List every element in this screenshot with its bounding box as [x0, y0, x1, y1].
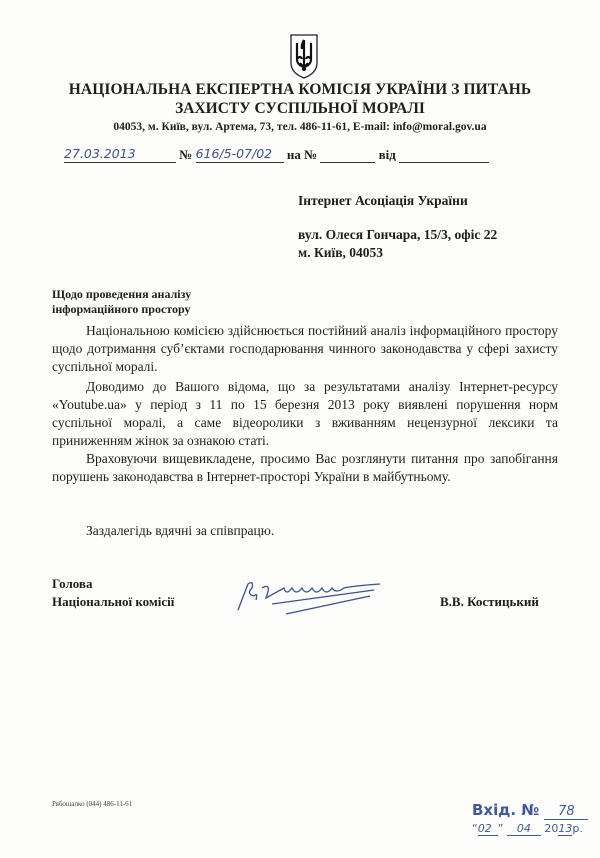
- body-paragraph-2: Доводимо до Вашого відома, що за результ…: [52, 378, 558, 450]
- outgoing-date-field: 27.03.2013: [64, 146, 176, 163]
- stamp-day: 02: [478, 822, 498, 836]
- reply-date-field: [399, 146, 489, 163]
- reply-number-field: [320, 146, 375, 163]
- reference-line: 27.03.2013 № 616/5-07/02 на № від: [64, 146, 489, 163]
- stamp-year-suffix: 13: [558, 822, 572, 836]
- recipient-name: Інтернет Асоціація України: [298, 193, 468, 209]
- stamp-year-end: р.: [572, 822, 582, 835]
- stamp-label: Вхід. №: [472, 801, 539, 819]
- recipient-city: м. Київ, 04053: [298, 245, 383, 261]
- stamp-number: 78: [544, 804, 588, 820]
- body-paragraph-1: Національною комісією здійснюється пості…: [52, 322, 558, 376]
- number-label: №: [179, 147, 192, 162]
- body-paragraph-3: Враховуючи вищевикладене, просимо Вас ро…: [52, 450, 558, 486]
- signatory-title-line1: Голова: [52, 576, 92, 592]
- stamp-month: 04: [507, 822, 541, 836]
- signatory-title-line2: Національної комісії: [52, 594, 174, 610]
- subject-line1: Щодо проведення аналізу: [52, 287, 191, 302]
- incoming-stamp: Вхід. № 78 “02” 04 2013р.: [472, 800, 588, 836]
- subject-line2: інформаційного простору: [52, 302, 191, 317]
- stamp-year-prefix: 20: [544, 822, 558, 835]
- outgoing-number-field: 616/5-07/02: [196, 146, 284, 163]
- body-paragraph-4: Заздалегідь вдячні за співпрацю.: [52, 522, 558, 540]
- subject: Щодо проведення аналізу інформаційного п…: [52, 287, 191, 317]
- org-name-line2: ЗАХИСТУ СУСПІЛЬНОЇ МОРАЛІ: [0, 100, 600, 118]
- signature-autograph-icon: [232, 574, 392, 623]
- trident-icon: [289, 33, 319, 79]
- from-label: від: [379, 147, 396, 162]
- signatory-name: В.В. Костицький: [440, 594, 539, 610]
- org-name-line1: НАЦІОНАЛЬНА ЕКСПЕРТНА КОМІСІЯ УКРАЇНИ З …: [0, 81, 600, 99]
- reply-number-label: на №: [287, 147, 317, 162]
- recipient-street: вул. Олеся Гончара, 15/3, офіс 22: [298, 227, 497, 243]
- org-contacts: 04053, м. Київ, вул. Артема, 73, тел. 48…: [0, 121, 600, 133]
- executor-contact: Рябошапко (044) 486-11-61: [52, 800, 132, 808]
